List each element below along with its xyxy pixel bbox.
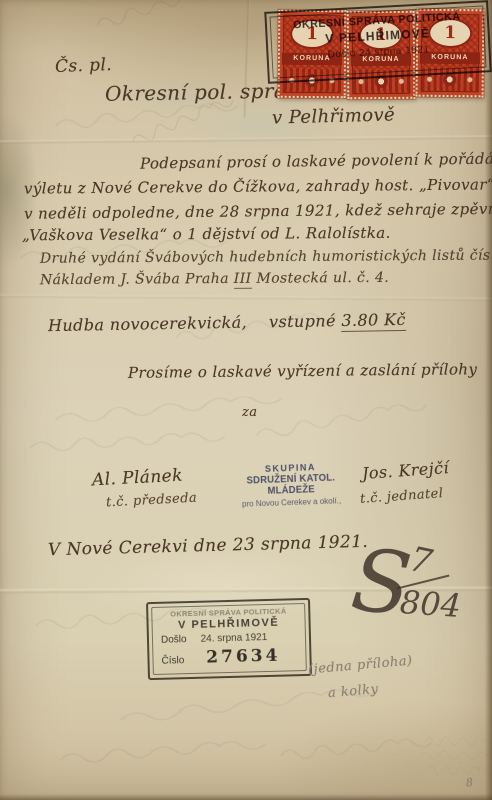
pencil-note-stamps: a kolky <box>327 682 379 701</box>
received-date: 24. srpna 1921 <box>200 632 267 645</box>
body-line: v neděli odpoledne, dne 28 srpna 1921, k… <box>24 199 492 222</box>
pencil-note-enclosure: (jedna příloha) <box>308 653 414 677</box>
page-edge-shadow <box>0 794 492 800</box>
number-label: Číslo <box>161 655 184 667</box>
body-line: Druhé vydání Švábových hudebních humoris… <box>40 247 492 266</box>
document-page: 1 KORUNA 1 KORUNA 1 KORUNA OKRESNÍ SPRÁV… <box>0 0 492 800</box>
file-number: 27634 <box>206 646 281 668</box>
signature-right-name: Jos. Krejčí <box>361 458 449 483</box>
organization-stamp: SKUPINA SDRUŽENÍ KATOL. MLÁDEŽE pro Novo… <box>235 461 346 509</box>
request-line: Prosíme o laskavé vyřízení a zaslání pří… <box>128 360 477 382</box>
publisher-street: Mostecká ul. č. 4. <box>252 270 390 287</box>
date-line: V Nové Cerekvi dne 23 srpna 1921. <box>48 532 369 560</box>
arrival-office: OKRESNÍ SPRÁVA POLITICKÁ <box>148 606 308 619</box>
arrival-stamp: OKRESNÍ SPRÁVA POLITICKÁ V PELHŘIMOVĚ Do… <box>146 598 312 680</box>
org-stamp-line3: pro Novou Cerekev a okolí., <box>236 496 346 509</box>
prague-district-numeral: III <box>234 271 252 289</box>
arrival-place: V PELHŘIMOVĚ <box>148 616 308 632</box>
music-text: Hudba novocerekvická, <box>48 313 247 335</box>
page-edge-shadow <box>485 0 492 800</box>
music-line: Hudba novocerekvická,vstupné 3.80 Kč <box>48 310 406 335</box>
signature-left-role: t.č. předseda <box>106 491 198 511</box>
cancellation-date: Došlo 24 srpna 1921 <box>268 41 488 63</box>
salutation: Čs. pl. <box>55 55 113 77</box>
entry-fee-label: vstupné <box>269 311 336 331</box>
body-line: Nákladem J. Švába Praha III Mostecká ul.… <box>40 270 389 288</box>
org-stamp-line2: SDRUŽENÍ KATOL. MLÁDEŽE <box>238 472 343 498</box>
pencil-mark: 8 <box>465 776 474 790</box>
bleedthrough-writing <box>0 0 492 800</box>
cancellation-stamp: OKRESNÍ SPRÁVA POLITICKÁ V PELHŘIMOVĚ Do… <box>264 0 491 84</box>
file-mark-denominator: 804 <box>399 583 463 625</box>
addressee-place: v Pelhřimově <box>272 104 396 128</box>
entry-fee-price: 3.80 Kč <box>341 310 406 332</box>
signature-left-name: Al. Plánek <box>92 466 184 491</box>
cancellation-place: V PELHŘIMOVĚ <box>267 23 487 48</box>
received-label: Došlo <box>161 634 187 646</box>
pencil-scribble <box>96 0 235 148</box>
body-line: Podepsaní prosí o laskavé povolení k poř… <box>140 149 492 172</box>
publisher-text: Nákladem J. Švába Praha <box>40 271 234 288</box>
cancellation-office: OKRESNÍ SPRÁVA POLITICKÁ <box>271 10 483 33</box>
signature-right-role: t.č. jednatel <box>360 486 444 507</box>
fold-crease <box>0 135 492 143</box>
fold-crease <box>0 294 492 301</box>
body-line: výletu z Nové Cerekve do Čížkova, zahrad… <box>24 174 492 197</box>
za-word: za <box>242 405 257 420</box>
body-line: „Vaškova Veselka“ o 1 dějství od L. Ralo… <box>22 224 391 245</box>
